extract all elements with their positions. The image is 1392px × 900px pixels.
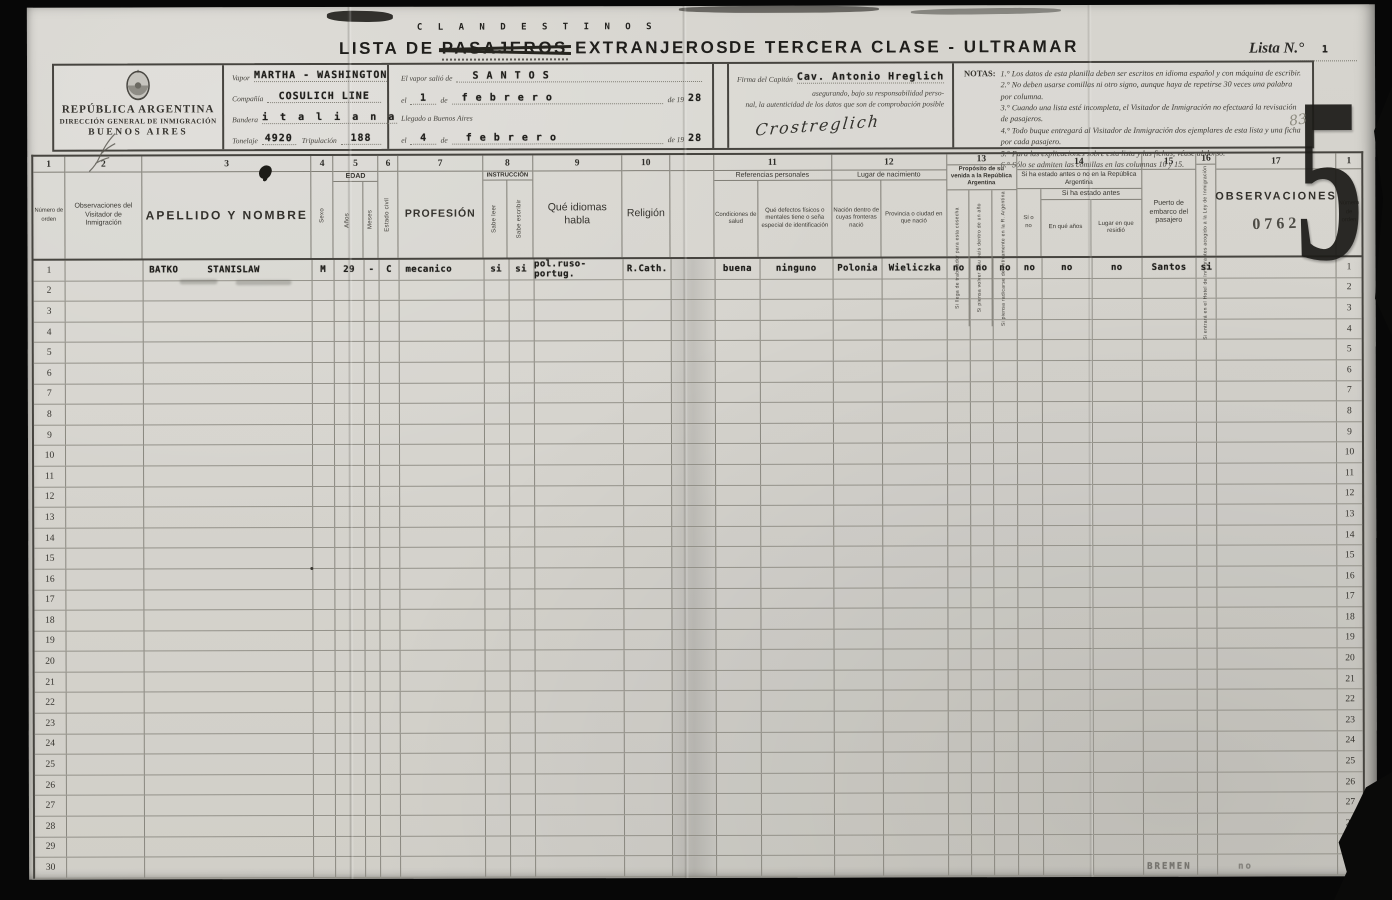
cell-blank	[66, 528, 144, 548]
cell-civil_state: C	[379, 260, 399, 280]
cell-hotel	[1197, 443, 1217, 463]
referencias-band: Referencias personales	[714, 171, 831, 181]
col-number: 10	[622, 155, 669, 171]
cell-blank	[66, 466, 144, 486]
cell-purpose_return	[971, 320, 994, 340]
row-number-left: 15	[34, 549, 66, 569]
en-que-anos-label: En qué años	[1049, 224, 1083, 231]
cell-religion	[625, 671, 673, 691]
cell-age_months	[365, 425, 380, 445]
cell-purpose_settle	[995, 814, 1019, 834]
cell-birth_nation	[834, 712, 884, 732]
cell-blank	[673, 733, 717, 753]
cell-profession	[400, 527, 485, 547]
cell-writes	[510, 445, 535, 465]
cell-purpose_harvest	[948, 341, 971, 361]
cell-profession	[400, 321, 485, 341]
cell-age_years	[336, 816, 366, 836]
cell-years_before	[1043, 546, 1093, 566]
cell-religion	[625, 712, 673, 732]
cell-port	[1143, 608, 1198, 628]
cell-defects	[762, 794, 835, 814]
cell-birth_nation	[833, 382, 883, 402]
row-number-left: 12	[34, 487, 66, 507]
col-number: 1	[33, 157, 64, 173]
cell-purpose_return	[971, 444, 994, 464]
cell-birth_city	[883, 464, 948, 484]
cell-name	[144, 384, 314, 404]
cell-blank	[66, 405, 144, 425]
cell-health	[716, 382, 761, 402]
cell-profession	[400, 301, 485, 321]
col-10: 10 Religión	[622, 155, 670, 257]
edge-shadow	[679, 6, 879, 14]
row-number-left: 8	[34, 405, 66, 425]
row-number-left: 24	[35, 734, 67, 754]
cell-blank	[672, 568, 716, 588]
cell-blank	[1218, 752, 1338, 772]
cell-defects	[761, 588, 834, 608]
cell-profession	[400, 424, 485, 444]
col-number: 13	[947, 154, 1016, 165]
cell-civil_state	[380, 466, 400, 486]
cell-defects	[761, 423, 834, 443]
cell-reads	[485, 548, 510, 568]
cell-writes	[510, 774, 535, 794]
cell-writes	[510, 754, 535, 774]
col-3: 3 APELLIDO Y NOMBRE	[143, 156, 312, 258]
passenger-sex: M	[320, 265, 326, 275]
cell-purpose_harvest	[948, 444, 971, 464]
cell-hotel	[1198, 690, 1218, 710]
cell-age_years	[335, 363, 365, 383]
de19-label: de 19	[668, 95, 684, 104]
cell-languages	[534, 362, 624, 382]
row-number-left: 27	[35, 796, 67, 816]
cell-age_months	[365, 486, 380, 506]
cell-religion	[624, 321, 672, 341]
cell-writes	[509, 362, 534, 382]
cell-health	[716, 588, 761, 608]
cell-profession	[401, 774, 486, 794]
cell-birth_nation	[833, 300, 883, 320]
cell-age_years	[336, 837, 366, 857]
cell-blank	[1218, 813, 1338, 833]
agency-country: REPÚBLICA ARGENTINA	[54, 103, 222, 115]
cell-religion	[625, 795, 673, 815]
cell-purpose_settle	[994, 402, 1018, 422]
cell-sex	[314, 775, 336, 795]
row-number-left: 25	[35, 755, 67, 775]
row-number-left: 28	[35, 817, 67, 837]
cell-defects	[761, 506, 834, 526]
cell-blank	[672, 485, 716, 505]
col-number: 4	[312, 156, 333, 172]
ship-info-box: Vapor MARTHA - WASHINGTON Compañía COSUL…	[224, 65, 389, 149]
cell-port	[1143, 546, 1198, 566]
cell-hotel	[1198, 587, 1218, 607]
cell-age_months	[366, 672, 381, 692]
cell-blank	[673, 774, 717, 794]
row-number-right: 20	[1338, 649, 1363, 669]
cell-name	[144, 404, 314, 424]
cell-purpose_return	[972, 629, 995, 649]
cell-purpose_harvest	[949, 629, 972, 649]
si-o-no-label: Sí o no	[1021, 214, 1035, 231]
cell-health	[717, 671, 762, 691]
col-number: 5	[333, 156, 377, 172]
cell-port	[1142, 361, 1197, 381]
cell-name	[144, 569, 314, 589]
cell-religion	[624, 444, 672, 464]
cell-years_before	[1044, 855, 1094, 875]
cell-hotel	[1198, 731, 1218, 751]
edge-shadow	[911, 7, 1061, 15]
cell-languages	[534, 300, 624, 320]
cell-age_years	[336, 795, 366, 815]
cell-civil_state	[380, 548, 400, 568]
cell-been_before	[1018, 526, 1043, 546]
cell-birth_city	[884, 711, 949, 731]
cell-reads	[485, 630, 510, 650]
cell-name	[143, 363, 313, 383]
col6-label: Estado civil	[385, 198, 392, 232]
cell-purpose_return	[971, 505, 994, 525]
cell-been_before: no	[1018, 258, 1043, 278]
salio-label: El vapor salió de	[401, 74, 452, 83]
cell-defects	[760, 300, 833, 320]
cell-purpose_harvest	[948, 423, 971, 443]
cell-been_before	[1018, 485, 1043, 505]
cell-port	[1143, 422, 1198, 442]
cell-blank	[66, 363, 144, 383]
cell-purpose_settle	[994, 464, 1018, 484]
cell-reads	[486, 816, 511, 836]
sabe-escribir-label: Sabe escribir	[516, 199, 523, 238]
cell-religion: R.Cath.	[624, 259, 672, 279]
cell-blank	[672, 362, 716, 382]
cell-birth_nation	[834, 485, 884, 505]
cell-name	[144, 631, 314, 651]
cell-civil_state	[380, 425, 400, 445]
cell-blank	[67, 858, 145, 878]
cell-birth_nation	[834, 629, 884, 649]
cell-birth_nation	[834, 773, 884, 793]
cell-purpose_harvest	[949, 650, 972, 670]
cell-blank	[672, 280, 716, 300]
cell-age_years	[336, 692, 366, 712]
cell-blank	[66, 425, 144, 445]
cell-reads	[485, 507, 510, 527]
cell-religion	[625, 650, 673, 670]
cell-languages	[534, 383, 624, 403]
row-number-right: 11	[1337, 463, 1362, 483]
cell-writes	[510, 589, 535, 609]
cell-blank	[1218, 607, 1338, 627]
cell-sex	[313, 445, 335, 465]
cell-purpose_return	[972, 732, 995, 752]
cell-place_resided	[1093, 340, 1143, 360]
cell-birth_city	[884, 835, 949, 855]
cell-defects	[761, 485, 834, 505]
row-number-right: 19	[1338, 628, 1363, 648]
row-number-right: 17	[1337, 587, 1362, 607]
cell-blank	[1217, 443, 1337, 463]
cell-port	[1143, 711, 1198, 731]
passenger-languages: pol.ruso-portug.	[534, 259, 623, 279]
cell-purpose_harvest	[949, 691, 972, 711]
cell-blank	[672, 300, 716, 320]
cell-purpose_return	[971, 361, 994, 381]
row-number-right: 24	[1338, 731, 1363, 751]
cell-reads	[485, 671, 510, 691]
cell-sex	[313, 281, 335, 301]
cell-birth_nation	[834, 506, 884, 526]
cell-purpose_settle	[994, 526, 1018, 546]
cell-years_before	[1043, 464, 1093, 484]
cell-years_before	[1043, 361, 1093, 381]
cell-been_before	[1018, 608, 1043, 628]
cell-been_before	[1018, 320, 1043, 340]
cell-purpose_harvest	[949, 711, 972, 731]
cell-place_resided	[1093, 567, 1143, 587]
cell-age_years	[336, 610, 366, 630]
passenger-reads: si	[490, 264, 502, 274]
cell-port	[1144, 773, 1199, 793]
cell-defects	[761, 362, 834, 382]
cell-birth_city	[883, 279, 948, 299]
cell-health	[717, 774, 762, 794]
ink-smear	[327, 10, 393, 22]
cell-defects	[762, 815, 835, 835]
cell-birth_city	[884, 608, 949, 628]
cell-name	[143, 322, 313, 342]
row-number-left: 17	[34, 590, 66, 610]
cell-languages	[535, 548, 625, 568]
cell-civil_state	[381, 713, 401, 733]
cell-languages	[535, 506, 625, 526]
row-number-left: 13	[34, 508, 66, 528]
cell-defects	[761, 691, 834, 711]
agency-department: DIRECCIÓN GENERAL DE INMIGRACIÓN	[54, 117, 222, 125]
cell-hotel	[1198, 464, 1218, 484]
ghost-extra: no	[1238, 862, 1253, 872]
cell-blank	[672, 383, 716, 403]
cell-blank	[67, 816, 145, 836]
cell-profession	[401, 754, 486, 774]
pencil-smudge	[180, 279, 218, 284]
cell-age_years	[335, 548, 365, 568]
notas-label: NOTAS:	[964, 68, 996, 145]
cell-profession	[400, 383, 485, 403]
cell-place_resided	[1093, 484, 1143, 504]
cell-profession	[400, 445, 485, 465]
cell-hotel	[1198, 567, 1218, 587]
cell-age_years	[335, 445, 365, 465]
col-8: 8 INSTRUCCIÓN Sabe leer Sabe escribir	[483, 155, 533, 257]
cell-languages	[535, 753, 625, 773]
cell-been_before	[1019, 629, 1044, 649]
cell-languages	[535, 733, 625, 753]
cell-port: Santos	[1142, 258, 1197, 278]
vapor-value: MARTHA - WASHINGTON	[254, 70, 387, 82]
cell-profession	[401, 816, 486, 836]
notas-box: NOTAS: 1.° Los datos de esta planilla de…	[954, 62, 1312, 147]
salio-year: 28	[688, 93, 702, 104]
cell-profession	[400, 610, 485, 630]
cell-place_resided	[1094, 855, 1144, 875]
cell-years_before	[1043, 649, 1093, 669]
salio-day: 1	[411, 92, 437, 104]
cell-birth_nation	[834, 650, 884, 670]
passenger-place_resided: no	[1111, 263, 1123, 273]
cell-blank	[67, 734, 145, 754]
cell-age_months	[365, 404, 380, 424]
cell-reads	[486, 795, 511, 815]
cell-blank	[672, 403, 716, 423]
cell-birth_city	[884, 567, 949, 587]
pencil-squiggle	[85, 131, 137, 175]
cell-health	[717, 794, 762, 814]
cell-writes	[509, 321, 534, 341]
cell-reads	[485, 424, 510, 444]
cell-profession	[401, 733, 486, 753]
cell-civil_state	[381, 692, 401, 712]
cell-place_resided	[1093, 402, 1143, 422]
cell-birth_city	[884, 526, 949, 546]
passenger-age_months: -	[369, 265, 375, 275]
cell-blank	[66, 302, 144, 322]
cell-birth_nation	[833, 279, 883, 299]
cell-sex	[313, 342, 335, 362]
cell-religion	[624, 506, 672, 526]
notas-list: 1.° Los datos de esta planilla deben ser…	[1001, 67, 1305, 145]
argentina-coat-of-arms	[123, 68, 153, 102]
cell-birth_nation	[833, 341, 883, 361]
voyage-box: El vapor salió de S A N T O S el 1 de f …	[389, 64, 714, 149]
cell-name: BATKO STANISLAW	[143, 260, 313, 280]
cell-purpose_return	[971, 423, 994, 443]
cell-sex: M	[313, 260, 335, 280]
cell-sex	[314, 631, 336, 651]
cell-health	[716, 403, 761, 423]
cell-profession	[401, 692, 486, 712]
cell-blank	[1218, 710, 1338, 730]
agency-city: BUENOS AIRES	[54, 127, 222, 137]
col2-label: Observaciones del Visitador de Inmigraci…	[71, 202, 135, 228]
cell-hotel	[1198, 546, 1218, 566]
cell-purpose_return	[972, 567, 995, 587]
cell-writes	[510, 692, 535, 712]
cell-health	[716, 527, 761, 547]
cell-reads	[484, 280, 509, 300]
cell-years_before	[1043, 382, 1093, 402]
cell-birth_city	[883, 423, 948, 443]
cell-defects	[762, 712, 835, 732]
cell-civil_state	[381, 795, 401, 815]
cell-place_resided	[1093, 587, 1143, 607]
anos-label: Años	[344, 212, 351, 227]
cell-blank	[1217, 381, 1337, 401]
cell-purpose_harvest	[948, 526, 971, 546]
cell-writes	[510, 424, 535, 444]
cell-years_before	[1043, 340, 1093, 360]
col-number: 3	[143, 156, 311, 172]
de19-label2: de 19	[668, 135, 684, 144]
cell-purpose_return	[972, 752, 995, 772]
cell-profession	[401, 836, 486, 856]
pencil-annotation: 83	[1288, 111, 1308, 129]
cell-blank	[673, 815, 717, 835]
passenger-defects: ninguno	[776, 263, 817, 273]
cell-blank	[672, 588, 716, 608]
cell-age_months	[365, 342, 380, 362]
cell-age_years	[335, 425, 365, 445]
tripulacion-label: Tripulación	[302, 136, 337, 145]
cell-blank	[672, 341, 716, 361]
bandera-label: Bandera	[232, 115, 258, 124]
passenger-years_before: no	[1061, 263, 1073, 273]
cell-health	[716, 444, 761, 464]
row-number-left: 2	[34, 281, 66, 301]
cell-health	[716, 321, 761, 341]
cell-health	[716, 341, 761, 361]
cell-reads	[485, 692, 510, 712]
cell-religion	[624, 383, 672, 403]
row-number-left: 21	[35, 673, 67, 693]
cell-port	[1143, 649, 1198, 669]
cell-languages	[536, 836, 626, 856]
cell-age_months	[366, 836, 381, 856]
cell-reads	[486, 857, 511, 877]
prop2-label: Si piensa volver a su país dentro de un …	[978, 204, 984, 313]
cell-age_years	[335, 280, 365, 300]
cell-purpose_harvest	[948, 402, 971, 422]
cell-purpose_harvest	[948, 361, 971, 381]
cell-sex	[313, 425, 335, 445]
cell-purpose_harvest	[949, 794, 972, 814]
cell-reads	[485, 486, 510, 506]
cell-religion	[624, 300, 672, 320]
de-label: de	[441, 95, 448, 104]
cell-civil_state	[380, 383, 400, 403]
cell-hotel	[1198, 772, 1218, 792]
cell-languages	[535, 445, 625, 465]
cell-birth_city	[883, 403, 948, 423]
cell-blank	[1218, 504, 1338, 524]
cell-civil_state	[380, 445, 400, 465]
row-number-left: 29	[35, 837, 67, 857]
cell-writes	[510, 713, 535, 733]
cell-birth_city	[884, 588, 949, 608]
cell-religion	[625, 774, 673, 794]
cell-name	[143, 301, 313, 321]
cell-blank	[67, 672, 145, 692]
cell-sex	[313, 507, 335, 527]
cell-purpose_return	[971, 547, 994, 567]
cell-port	[1143, 752, 1198, 772]
cell-purpose_return	[972, 773, 995, 793]
cell-years_before	[1043, 485, 1093, 505]
cell-religion	[624, 403, 672, 423]
cell-birth_nation	[834, 670, 884, 690]
cell-purpose_settle	[995, 835, 1019, 855]
cell-port	[1143, 690, 1198, 710]
cell-purpose_settle	[995, 649, 1019, 669]
cell-birth_city	[884, 547, 949, 567]
el-label2: el	[401, 136, 406, 145]
col-number: 8	[483, 155, 532, 171]
